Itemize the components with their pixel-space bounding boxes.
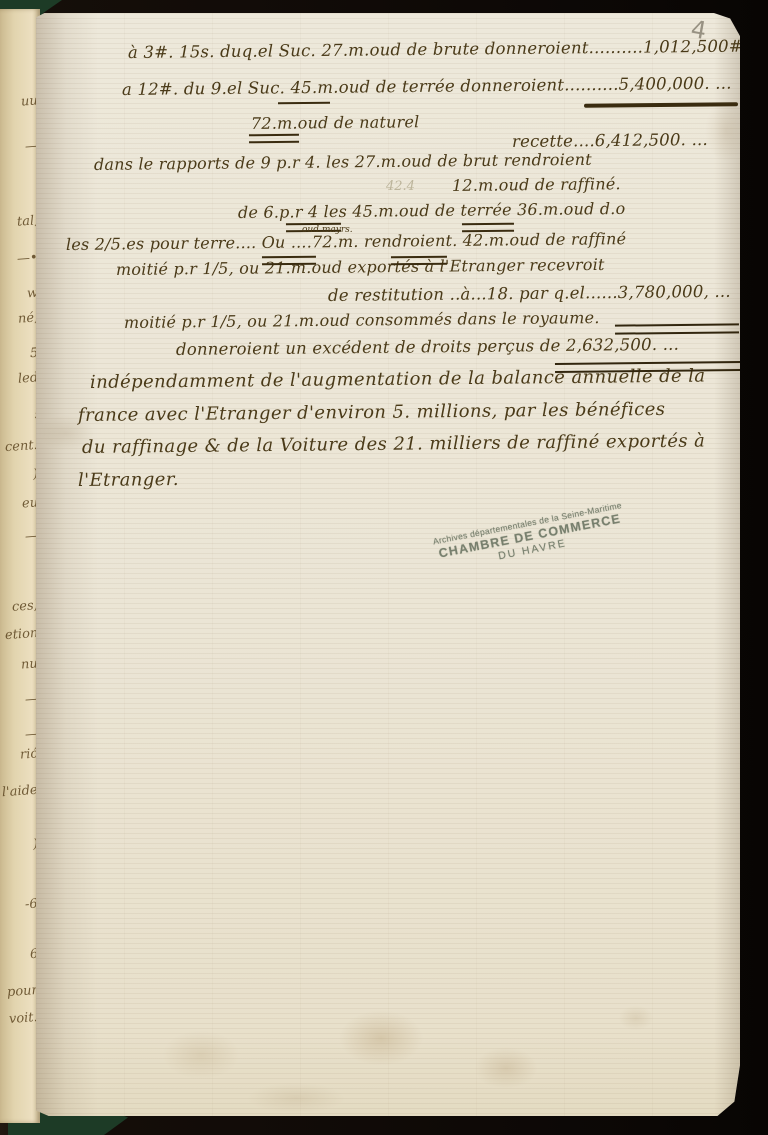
ink-underline-total: [584, 102, 738, 108]
manuscript-line: à 3#. 15s. duq.el Suc. 27.m.oud de brute…: [128, 36, 765, 62]
manuscript-page: à 3#. 15s. duq.el Suc. 27.m.oud de brute…: [36, 13, 740, 1116]
manuscript-line: 12.m.oud de raffiné.: [452, 174, 621, 195]
ink-double-underline: [462, 223, 514, 233]
edge-text-fragment: led: [17, 370, 38, 386]
edge-text-fragment: rió: [19, 746, 38, 762]
ink-double-rule: [615, 323, 739, 334]
ink-double-underline: [391, 256, 447, 266]
manuscript-line: de restitution ..à...18. par q.el......3…: [328, 282, 731, 305]
manuscript-line: dans le rapports de 9 p.r 4. les 27.m.ou…: [94, 150, 592, 174]
edge-text-fragment: etion: [4, 626, 38, 643]
edge-text-fragment: ces,: [12, 598, 39, 615]
manuscript-line: l'Etranger.: [78, 469, 179, 491]
manuscript-line: moitié p.r 1/5, ou 21.m.oud exportés à l…: [116, 255, 605, 279]
edge-text-fragment: tal,: [16, 213, 38, 229]
edge-text-fragment: pour: [7, 983, 39, 1000]
edge-text-fragment: né,: [17, 310, 38, 326]
edge-text-fragment: voit.: [9, 1010, 39, 1027]
superscript-correction: oud.mayrs.: [302, 225, 353, 235]
manuscript-line: recette....6,412,500. ...: [512, 130, 708, 151]
ink-double-rule: [555, 361, 741, 373]
edge-text-fragment: cent.: [5, 438, 39, 455]
edge-text-fragment: uu: [21, 93, 39, 109]
edge-text-fragment: nu: [21, 656, 39, 672]
previous-page-edge: uu — tal, —• w né, 5 led : cent. ) eu — …: [0, 9, 40, 1123]
manuscript-line: 72.m.oud de naturel: [251, 112, 420, 133]
manuscript-line: a 12#. du 9.el Suc. 45.m.oud de terrée d…: [122, 74, 732, 99]
manuscript-line: de 6.p.r 4 les 45.m.oud de terrée 36.m.o…: [238, 199, 626, 222]
archive-photo-scene: uu — tal, —• w né, 5 led : cent. ) eu — …: [0, 0, 768, 1135]
edge-text-fragment: eu: [21, 495, 38, 511]
archive-stamp: Archives départementales de la Seine-Mar…: [397, 493, 663, 581]
manuscript-line: donneroient un excédent de droits perçus…: [176, 335, 679, 359]
ink-underline: [278, 102, 330, 105]
manuscript-line: moitié p.r 1/5, ou 21.m.oud consommés da…: [124, 308, 600, 332]
manuscript-line: france avec l'Etranger d'environ 5. mill…: [78, 399, 666, 426]
edge-text-fragment: l'aide: [2, 783, 39, 800]
ink-double-underline: [262, 256, 316, 266]
edge-text-fragment: —•: [17, 250, 39, 266]
ink-double-underline: [249, 134, 299, 144]
manuscript-line: du raffinage & de la Voiture des 21. mil…: [82, 430, 705, 458]
pencil-ghost-note: 42.4: [386, 179, 415, 194]
